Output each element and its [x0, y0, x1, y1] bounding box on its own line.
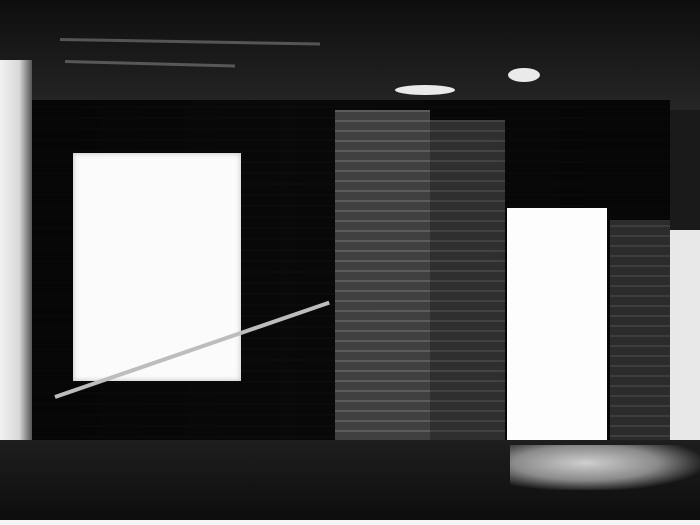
- ceiling-beam: [60, 38, 320, 46]
- ceiling-light: [395, 85, 455, 95]
- brick-pillar: [335, 110, 430, 450]
- ceiling-light: [508, 68, 540, 82]
- side-opening: [670, 230, 700, 440]
- photograph: [0, 0, 700, 525]
- ceiling: [0, 0, 700, 110]
- ceiling-beam: [65, 60, 235, 67]
- photo-border: [0, 520, 700, 525]
- window-opening: [73, 153, 241, 381]
- floor-debris: [510, 445, 700, 490]
- brick-pillar: [610, 220, 670, 445]
- brick-pillar: [430, 120, 505, 450]
- doorway-opening: [507, 208, 607, 458]
